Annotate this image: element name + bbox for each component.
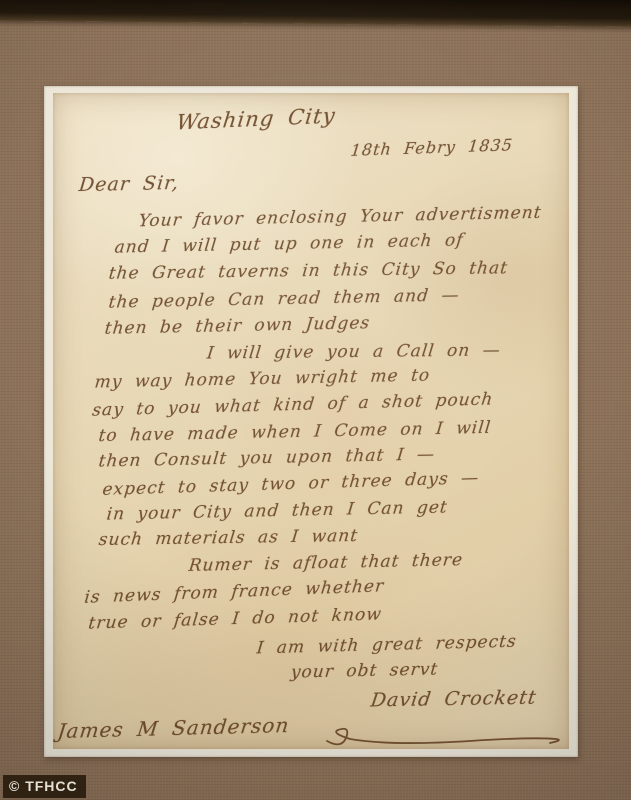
letter-date-line: 18th Febry 1835	[350, 137, 514, 159]
letter-body-line: my way home You wright me to	[94, 367, 431, 391]
watermark-tfhcc: © TFHCC	[3, 775, 86, 798]
letter-addressee-name: James M Sanderson	[56, 715, 290, 741]
letter-body-line: such materials as I want	[98, 528, 359, 549]
letter-body-line: say to you what kind of a shot pouch	[91, 391, 494, 419]
letter-signature: David Crockett	[369, 689, 537, 711]
letter-place-line: Washing City	[175, 106, 336, 134]
letter-closing-line: I am with great respects	[256, 634, 518, 658]
letter-body-line: to have made when I Come on I will	[98, 420, 492, 445]
letter-salutation: Dear Sir,	[78, 174, 180, 195]
letter-body-line: then be their own Judges	[104, 315, 371, 338]
letter-body-line: expect to stay two or three days —	[102, 470, 480, 499]
letter-body-line: in your City and then I Can get	[106, 499, 449, 523]
letter-paper: Washing City 18th Febry 1835 Dear Sir, Y…	[53, 93, 569, 749]
framed-letter-photo: Washing City 18th Febry 1835 Dear Sir, Y…	[0, 0, 631, 800]
letter-body-line: then Consult you upon that I —	[98, 446, 436, 470]
picture-frame-top-edge	[0, 0, 631, 27]
letter-body-line: Rumer is afloat that there	[188, 552, 464, 575]
letter-body-line: true or false I do not know	[87, 606, 382, 632]
letter-body-line: Your favor enclosing Your advertisment	[138, 205, 543, 230]
letter-closing-line-2: your obt servt	[290, 661, 439, 681]
letter-body-line: the people Can read them and —	[108, 287, 461, 311]
letter-body-line: the Great taverns in this City So that	[108, 260, 509, 283]
letter-body-line: I will give you a Call on —	[206, 342, 502, 362]
letter-body-line: is news from france whether	[83, 578, 385, 606]
mat-bevel-window: Washing City 18th Febry 1835 Dear Sir, Y…	[44, 86, 578, 757]
letter-body-line: and I will put up one in each of	[114, 232, 465, 256]
signature-flourish	[319, 719, 565, 753]
